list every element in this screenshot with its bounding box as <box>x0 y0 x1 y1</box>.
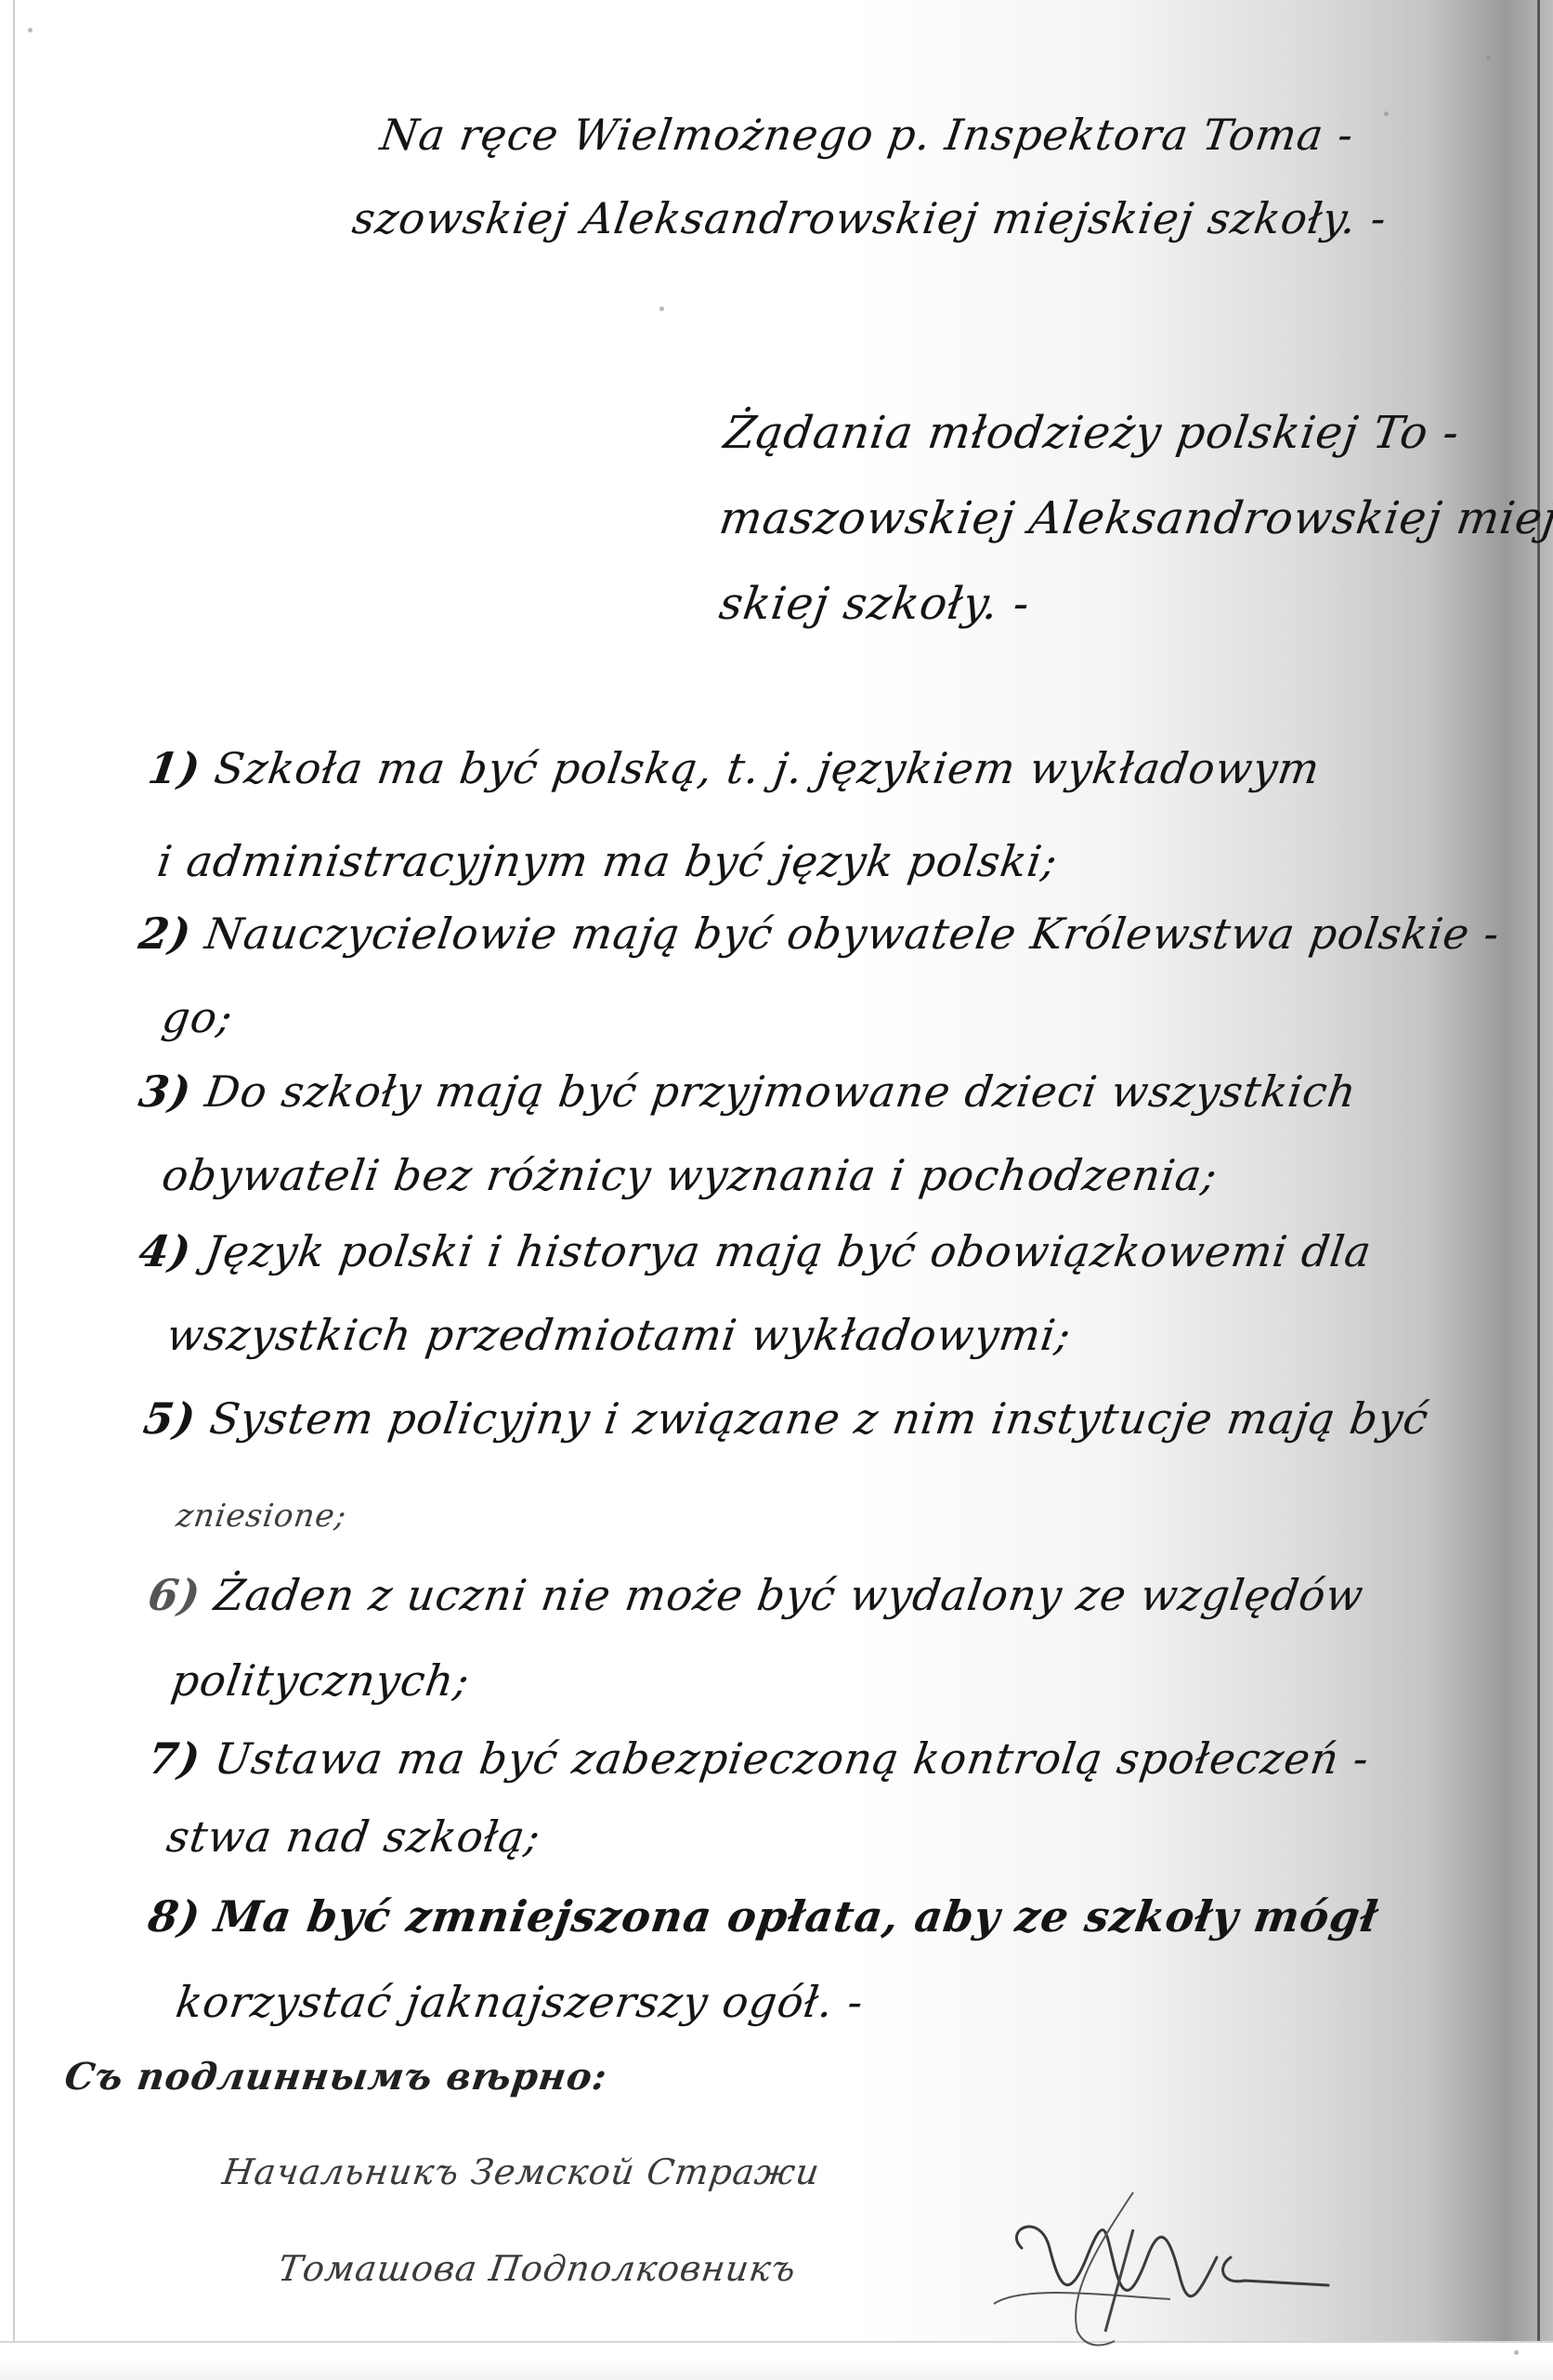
certification-line-3: Томашова Подполковникъ <box>276 2248 799 2289</box>
demand-number: 1) <box>145 743 203 793</box>
title-line-3: skiej szkoły. - <box>716 578 1033 630</box>
page-right-edge <box>1537 0 1540 2360</box>
demand-number: 5) <box>140 1393 199 1444</box>
demand-number: 2) <box>136 909 194 959</box>
demand-4-continuation: wszystkich przedmiotami wykładowymi; <box>163 1310 1075 1360</box>
page-left-edge <box>13 0 15 2378</box>
dust-speck <box>1514 2350 1519 2355</box>
demand-number: 6) <box>145 1570 203 1620</box>
demand-6-continuation: politycznych; <box>168 1655 473 1706</box>
demand-text: Szkoła ma być polską, t. j. językiem wyk… <box>212 743 1324 793</box>
dust-speck <box>659 307 664 311</box>
demand-text: Język polski i historya mają być obowiąz… <box>202 1226 1376 1276</box>
demand-number: 3) <box>136 1066 194 1117</box>
demand-5-continuation: zniesione; <box>174 1497 349 1535</box>
demand-8-continuation: korzystać jaknajszerszy ogół. - <box>173 1977 867 2027</box>
demand-text: System policyjny i związane z nim instyt… <box>207 1393 1432 1444</box>
dust-speck <box>28 28 33 33</box>
demand-text: Do szkoły mają być przyjmowane dzieci ws… <box>202 1066 1360 1117</box>
signature-icon <box>985 2192 1375 2350</box>
scanned-document: Na ręce Wielmożnego p. Inspektora Toma -… <box>0 0 1553 2378</box>
certification-line-2: Начальникъ Земской Стражи <box>220 2151 823 2192</box>
demand-5: 5) System policyjny i związane z nim ins… <box>140 1393 1431 1444</box>
title-line-1: Żądania młodzieży polskiej To - <box>721 407 1463 459</box>
demand-2: 2) Nauczycielowie mają być obywatele Kró… <box>136 909 1503 959</box>
demand-2-continuation: go; <box>159 992 236 1042</box>
title-line-2: maszowskiej Aleksandrowskiej miej - <box>716 492 1553 544</box>
dust-speck <box>1384 111 1389 116</box>
demand-number: 4) <box>136 1226 194 1276</box>
demand-text: Żaden z uczni nie może być wydalony ze w… <box>212 1570 1367 1620</box>
demand-text: Ma być zmniejszona opłata, aby ze szkoły… <box>212 1891 1382 1942</box>
demand-8: 8) Ma być zmniejszona opłata, aby ze szk… <box>145 1891 1381 1942</box>
demand-number: 7) <box>145 1733 203 1784</box>
certification-line-1: Съ подлиннымъ вѣрно: <box>62 2055 610 2099</box>
demand-number: 8) <box>145 1891 203 1942</box>
demand-3: 3) Do szkoły mają być przyjmowane dzieci… <box>136 1066 1360 1117</box>
demand-1: 1) Szkoła ma być polską, t. j. językiem … <box>145 743 1323 793</box>
dust-speck <box>1486 56 1491 60</box>
demand-3-continuation: obywateli bez różnicy wyznania i pochodz… <box>159 1150 1220 1200</box>
demand-6: 6) Żaden z uczni nie może być wydalony z… <box>145 1570 1367 1620</box>
demand-4: 4) Język polski i historya mają być obow… <box>136 1226 1375 1276</box>
address-line-2: szowskiej Aleksandrowskiej miejskiej szk… <box>349 193 1390 243</box>
demand-1-continuation: i administracyjnym ma być język polski; <box>154 836 1061 886</box>
demand-7: 7) Ustawa ma być zabezpieczoną kontrolą … <box>145 1733 1373 1784</box>
demand-text: Ustawa ma być zabezpieczoną kontrolą spo… <box>212 1733 1373 1784</box>
demand-text: Nauczycielowie mają być obywatele Królew… <box>202 909 1504 959</box>
address-line-1: Na ręce Wielmożnego p. Inspektora Toma - <box>377 110 1357 160</box>
demand-7-continuation: stwa nad szkołą; <box>163 1811 543 1862</box>
